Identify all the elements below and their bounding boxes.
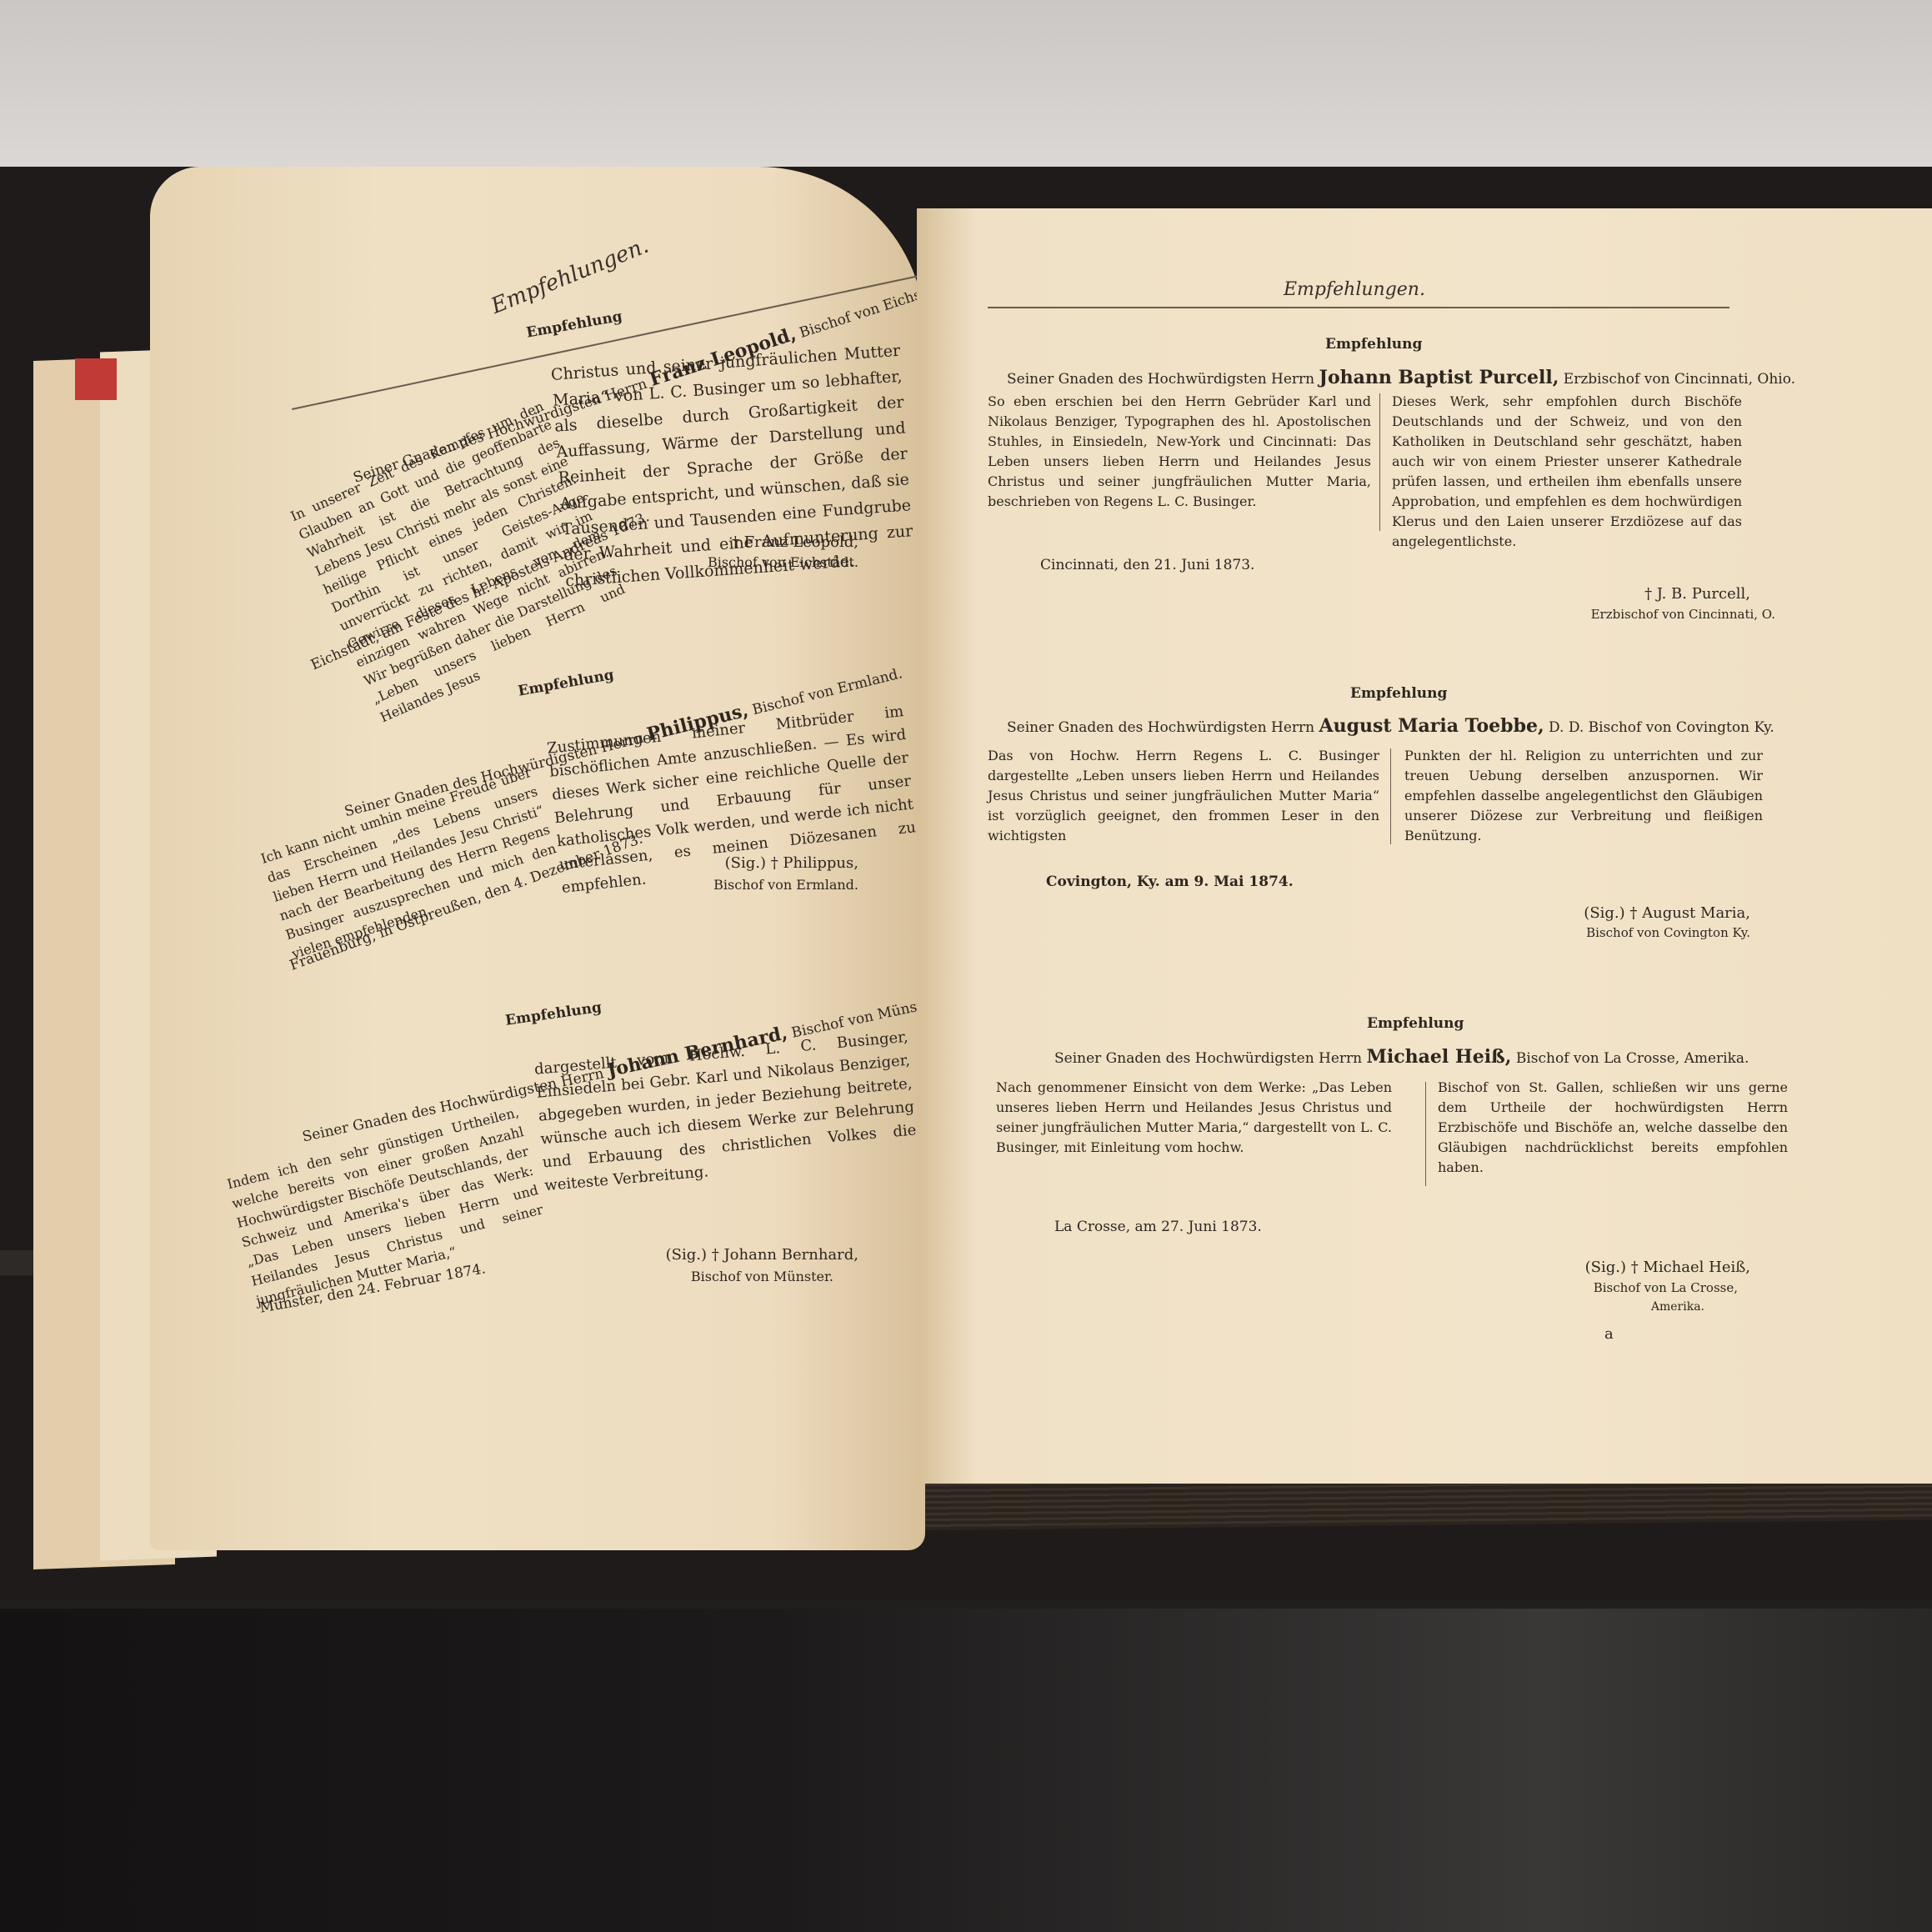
recipient-name: Michael Heiß,: [1367, 1046, 1512, 1068]
recipient-name: August Maria Toebbe,: [1319, 715, 1544, 737]
recipient-prefix: Seiner Gnaden des Hochwürdigsten Herrn: [1054, 1050, 1362, 1067]
right-entry3-col1: Nach genommener Einsicht von dem Werke: …: [996, 1078, 1392, 1158]
right-entry3-signature: (Sig.) † Michael Heiß,: [1500, 1259, 1750, 1276]
left-entry3-heading: Empfehlung: [504, 999, 603, 1029]
left-entry1-signature-title: Bischof von Eichstädt.: [667, 554, 858, 570]
right-entry3-recipient: Seiner Gnaden des Hochwürdigsten Herrn M…: [1054, 1046, 1749, 1068]
right-entry3-heading: Empfehlung: [1367, 1015, 1464, 1032]
column-divider: [1425, 1082, 1426, 1186]
right-entry1-recipient: Seiner Gnaden des Hochwürdigsten Herrn J…: [1007, 367, 1795, 388]
recipient-name: Johann Baptist Purcell,: [1319, 367, 1559, 388]
right-entry2-heading: Empfehlung: [1350, 685, 1447, 702]
left-entry1-signature: † Franz Leopold,: [692, 533, 858, 551]
left-entry1-heading: Empfehlung: [525, 308, 623, 342]
right-entry2-signature-title: Bischof von Covington Ky.: [1500, 925, 1750, 940]
right-entry2-date: Covington, Ky. am 9. Mai 1874.: [1046, 873, 1294, 890]
right-page: Empfehlungen. Empfehlung Seiner Gnaden d…: [917, 208, 1932, 1484]
right-entry1-date: Cincinnati, den 21. Juni 1873.: [1040, 557, 1254, 573]
right-entry2-recipient: Seiner Gnaden des Hochwürdigsten Herrn A…: [1007, 715, 1774, 737]
left-entry3-signature: (Sig.) † Johann Bernhard,: [608, 1246, 858, 1264]
left-entry2-signature-title: Bischof von Ermland.: [650, 877, 858, 893]
right-head-rule: [988, 307, 1729, 308]
photo-scene: Empfehlungen. Empfehlung Seiner Gnaden d…: [0, 0, 1932, 1932]
left-entry3-signature-title: Bischof von Münster.: [608, 1269, 833, 1284]
right-entry1-signature-title: Erzbischof von Cincinnati, O.: [1500, 607, 1775, 622]
right-entry3-signature-extra: Amerika.: [1500, 1300, 1704, 1314]
right-entry3-col2: Bischof von St. Gallen, schließen wir un…: [1438, 1078, 1788, 1178]
left-entry2-heading: Empfehlung: [517, 667, 615, 700]
recipient-prefix: Seiner Gnaden des Hochwürdigsten Herrn: [1007, 371, 1314, 388]
right-entry1-col1: So eben erschien bei den Herrn Gebrüder …: [988, 392, 1371, 512]
recipient-title: Bischof von La Crosse, Amerika.: [1516, 1050, 1749, 1067]
recipient-title: D. D. Bischof von Covington Ky.: [1549, 719, 1774, 736]
right-entry3-date: La Crosse, am 27. Juni 1873.: [1054, 1219, 1262, 1235]
right-entry1-col2: Dieses Werk, sehr empfohlen durch Bischö…: [1392, 392, 1742, 552]
right-entry2-col2: Punkten der hl. Religion zu unterrichten…: [1404, 746, 1763, 846]
right-entry1-signature: † J. B. Purcell,: [1500, 585, 1750, 603]
right-running-head: Empfehlungen.: [1284, 279, 1425, 300]
page-signature-mark: a: [1604, 1325, 1614, 1343]
right-entry1-heading: Empfehlung: [1325, 336, 1422, 353]
right-entry2-signature: (Sig.) † August Maria,: [1500, 904, 1750, 922]
left-running-head: Empfehlungen.: [488, 233, 653, 319]
recipient-title: Erzbischof von Cincinnati, Ohio.: [1564, 371, 1795, 388]
right-entry2-col1: Das von Hochw. Herrn Regens L. C. Busing…: [988, 746, 1379, 846]
column-divider: [1390, 748, 1391, 844]
column-divider: [1379, 393, 1380, 531]
right-entry3-signature-title: Bischof von La Crosse,: [1500, 1280, 1738, 1295]
left-entry2-signature: (Sig.) † Philippus,: [650, 854, 858, 872]
left-entry3-col2: dargestellt vom Hochw. L. C. Businger, E…: [533, 1026, 919, 1199]
recipient-prefix: Seiner Gnaden des Hochwürdigsten Herrn: [1007, 719, 1314, 736]
